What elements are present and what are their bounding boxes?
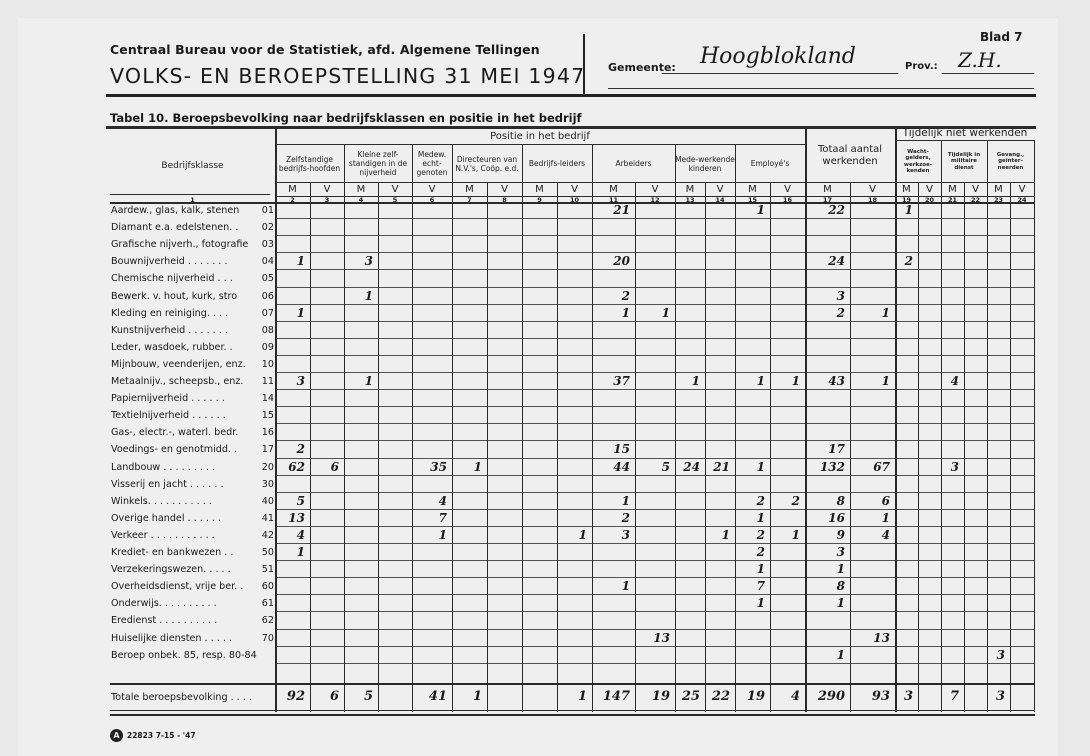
cell-value: 37 — [592, 374, 630, 388]
row-label: Voedings- en genotmidd. .17 — [111, 444, 274, 455]
row-label: Bewerk. v. hout, kurk, stro06 — [111, 291, 274, 302]
cell-value: 1 — [635, 306, 670, 320]
column-number: 21 — [941, 196, 964, 204]
row-code: 01 — [262, 205, 274, 216]
row-code: 20 — [262, 462, 274, 473]
province-underline — [942, 73, 1034, 74]
row-code: 07 — [262, 308, 274, 319]
gemeente-value: Hoogblokland — [700, 44, 856, 69]
row-rule — [275, 509, 1035, 510]
cell-value: 13 — [275, 511, 305, 525]
sex-column-header: V — [557, 183, 592, 196]
row-code: 41 — [262, 513, 274, 524]
cell-value: 6 — [850, 494, 890, 508]
cell-value: 8 — [805, 579, 845, 593]
cell-value: 1 — [557, 528, 587, 542]
row-label: Bouwnijverheid . . . . . . .04 — [111, 256, 274, 267]
cell-value: 1 — [592, 494, 630, 508]
cell-value: 4 — [412, 494, 447, 508]
column-group-header: Medew. echt-genoten — [412, 145, 452, 182]
total-row-label: Totale beroepsbevolking . . . . — [111, 692, 274, 703]
province-label: Prov.: — [905, 61, 938, 72]
total-cell-value: 19 — [735, 689, 765, 704]
column-rule — [964, 182, 965, 712]
total-cell-value: 3 — [895, 689, 913, 704]
row-label-text: Krediet- en bankwezen . . — [111, 547, 233, 558]
column-number: 10 — [557, 196, 592, 204]
column-group-header: Totaal aantal werkenden — [805, 128, 895, 184]
cell-value: 1 — [735, 203, 765, 217]
print-footer: A 22823 7-15 - '47 — [110, 729, 196, 742]
cell-value: 1 — [344, 289, 373, 303]
sex-column-header: M — [344, 183, 378, 196]
row-rule — [275, 372, 1035, 373]
cell-value: 1 — [275, 545, 305, 559]
row-rule — [275, 560, 1035, 561]
cell-value: 1 — [452, 460, 482, 474]
cell-value: 43 — [805, 374, 845, 388]
province-value: Z.H. — [958, 48, 1002, 72]
total-cell-value: 5 — [344, 689, 373, 704]
cell-value: 1 — [592, 306, 630, 320]
printer-logo-icon: A — [110, 729, 123, 742]
row-rule — [275, 475, 1035, 476]
row-label-text: Bewerk. v. hout, kurk, stro — [111, 291, 237, 302]
column-rule — [735, 144, 736, 712]
cell-value: 1 — [770, 374, 800, 388]
cell-value: 17 — [805, 442, 845, 456]
row-label-text: Papiernijverheid . . . . . . — [111, 393, 225, 404]
row-label: Textielnijverheid . . . . . .15 — [111, 410, 274, 421]
sex-column-header: M — [522, 183, 557, 196]
row-label-text: Winkels. . . . . . . . . . . — [111, 496, 212, 507]
cell-value: 8 — [805, 494, 845, 508]
row-rule — [275, 646, 1035, 647]
row-label: Beroep onbek. 85, resp. 80-84 — [111, 650, 274, 661]
cell-value: 3 — [275, 374, 305, 388]
column-number: 7 — [452, 196, 487, 204]
gemeente-underline — [662, 73, 898, 74]
row-label-text: Verkeer . . . . . . . . . . . — [111, 530, 215, 541]
form-title: VOLKS- EN BEROEPSTELLING 31 MEI 1947 — [110, 64, 585, 88]
cell-value: 15 — [592, 442, 630, 456]
column-group-header: Kleine zelf-standigen in de nijverheid — [344, 145, 412, 182]
cell-value: 35 — [412, 460, 447, 474]
total-cell-value: 7 — [941, 689, 959, 704]
row-label: Diamant e.a. edelstenen. .02 — [111, 222, 274, 233]
total-cell-value: 3 — [987, 689, 1005, 704]
row-label: Overheidsdienst, vrije ber. .60 — [111, 581, 274, 592]
row-label-text: Aardew., glas, kalk, stenen — [111, 205, 239, 216]
row-rule — [275, 440, 1035, 441]
cell-value: 21 — [592, 203, 630, 217]
row-label-text: Overheidsdienst, vrije ber. . — [111, 581, 243, 592]
column-number: 6 — [412, 196, 452, 204]
row-code: 61 — [262, 598, 274, 609]
column-rule — [918, 182, 919, 712]
sex-column-header: M — [675, 183, 705, 196]
cell-value: 22 — [805, 203, 845, 217]
cell-value: 1 — [735, 511, 765, 525]
cell-value: 4 — [850, 528, 890, 542]
row-code: 04 — [262, 256, 274, 267]
row-rule — [275, 577, 1035, 578]
row-label-text: Textielnijverheid . . . . . . — [111, 410, 226, 421]
row-code: 30 — [262, 479, 274, 490]
cell-value: 1 — [850, 374, 890, 388]
row-label: Leder, wasdoek, rubber. .09 — [111, 342, 274, 353]
row-label-text: Grafische nijverh., fotografie — [111, 239, 248, 250]
row-label-text: Chemische nijverheid . . . — [111, 273, 233, 284]
row-code: 51 — [262, 564, 274, 575]
row-rule — [275, 406, 1035, 407]
row-code: 40 — [262, 496, 274, 507]
total-cell-value: 19 — [635, 689, 670, 704]
cell-value: 1 — [592, 579, 630, 593]
row-rule — [275, 304, 1035, 305]
row-code: 15 — [262, 410, 274, 421]
row-label: Metaalnijv., scheepsb., enz.11 — [111, 376, 274, 387]
row-label: Kunstnijverheid . . . . . . .08 — [111, 325, 274, 336]
row-label-text: Leder, wasdoek, rubber. . — [111, 342, 233, 353]
header-thick-rule — [106, 94, 1036, 97]
row-label: Verzekeringswezen. . . . .51 — [111, 564, 274, 575]
sex-column-header: M — [452, 183, 487, 196]
column-number: 14 — [705, 196, 735, 204]
sex-column-header: M — [895, 183, 918, 196]
header-divider — [583, 34, 585, 96]
cell-value: 21 — [705, 460, 730, 474]
column-number: 4 — [344, 196, 378, 204]
sex-column-header: V — [378, 183, 412, 196]
total-cell-value: 93 — [850, 689, 890, 704]
cell-value: 9 — [805, 528, 845, 542]
row-rule — [275, 663, 1035, 664]
cell-value: 1 — [705, 528, 730, 542]
column-number: 20 — [918, 196, 941, 204]
positie-group-header: Positie in het bedrijf — [275, 129, 805, 144]
column-number: 22 — [964, 196, 987, 204]
row-code: 70 — [262, 633, 274, 644]
sex-column-header: V — [487, 183, 522, 196]
row-label-text: Diamant e.a. edelstenen. . — [111, 222, 238, 233]
cell-value: 1 — [735, 596, 765, 610]
column-rule — [487, 182, 488, 712]
column-rule — [378, 182, 379, 712]
sex-column-header: M — [592, 183, 635, 196]
sex-column-header: V — [850, 183, 895, 196]
sex-column-header: V — [1010, 183, 1034, 196]
cell-value: 2 — [592, 289, 630, 303]
row-code: 42 — [262, 530, 274, 541]
column-rule — [592, 144, 593, 712]
column-rule — [1034, 140, 1035, 712]
cell-value: 3 — [344, 254, 373, 268]
row-label: Kleding en reiniging. . . .07 — [111, 308, 274, 319]
row-label-text: Landbouw . . . . . . . . . — [111, 462, 215, 473]
cell-value: 3 — [592, 528, 630, 542]
column-number: 8 — [487, 196, 522, 204]
column-rule — [675, 144, 676, 712]
sex-column-header: V — [310, 183, 344, 196]
total-bottom-rule — [110, 714, 1035, 716]
row-code: 14 — [262, 393, 274, 404]
row-label-text: Visserij en jacht . . . . . . — [111, 479, 224, 490]
row-label-text: Kunstnijverheid . . . . . . . — [111, 325, 228, 336]
cell-value: 2 — [805, 306, 845, 320]
organization-name: Centraal Bureau voor de Statistiek, afd.… — [110, 42, 540, 57]
sex-column-header: V — [770, 183, 805, 196]
sex-column-header: M — [735, 183, 770, 196]
column-rule — [275, 126, 277, 712]
row-code: 08 — [262, 325, 274, 336]
column-number: 12 — [635, 196, 675, 204]
row-rule — [275, 594, 1035, 595]
column-group-header: Directeuren van N.V.'s, Coöp. e.d. — [452, 145, 522, 182]
total-cell-value: 1 — [557, 689, 587, 704]
row-code: 05 — [262, 273, 274, 284]
row-label: Gas-, electr.-, waterl. bedr.16 — [111, 427, 274, 438]
total-cell-value: 25 — [675, 689, 700, 704]
print-code: 22823 7-15 - '47 — [127, 731, 196, 740]
column-group-header: Employé's — [735, 145, 805, 182]
cell-value: 1 — [805, 596, 845, 610]
cell-value: 1 — [412, 528, 447, 542]
row-header: Bedrijfsklasse — [110, 140, 275, 192]
cell-value: 2 — [735, 528, 765, 542]
row-label-text: Kleding en reiniging. . . . — [111, 308, 228, 319]
row-label-text: Beroep onbek. 85, resp. 80-84 — [111, 650, 257, 661]
row-label-text: Gas-, electr.-, waterl. bedr. — [111, 427, 238, 438]
row-label: Papiernijverheid . . . . . .14 — [111, 393, 274, 404]
sex-column-header: M — [275, 183, 310, 196]
sex-column-header: V — [705, 183, 735, 196]
row-header-number: 1 — [110, 196, 275, 204]
column-rule — [310, 182, 311, 712]
total-cell-value: 147 — [592, 689, 630, 704]
sex-column-header: V — [964, 183, 987, 196]
cell-value: 1 — [770, 528, 800, 542]
row-rule — [275, 526, 1035, 527]
row-label-text: Huiselijke diensten . . . . . — [111, 633, 232, 644]
sex-column-header: V — [412, 183, 452, 196]
column-number: 24 — [1010, 196, 1034, 204]
cell-value: 6 — [310, 460, 339, 474]
column-group-header: Zelfstandige bedrijfs-hoofden — [275, 145, 344, 182]
row-label-text: Mijnbouw, veenderijen, enz. — [111, 359, 246, 370]
column-rule — [770, 182, 771, 712]
header-rule — [608, 88, 1034, 89]
total-cell-value: 1 — [452, 689, 482, 704]
row-label-text: Voedings- en genotmidd. . — [111, 444, 237, 455]
row-label: Landbouw . . . . . . . . .20 — [111, 462, 274, 473]
total-cell-value: 92 — [275, 689, 305, 704]
cell-value: 2 — [895, 254, 913, 268]
row-label-text: Verzekeringswezen. . . . . — [111, 564, 231, 575]
row-code: 11 — [262, 376, 274, 387]
cell-value: 4 — [275, 528, 305, 542]
row-rule — [275, 355, 1035, 356]
column-number: 2 — [275, 196, 310, 204]
total-cell-value: 22 — [705, 689, 730, 704]
cell-value: 3 — [805, 289, 845, 303]
cell-value: 3 — [805, 545, 845, 559]
row-rule — [275, 543, 1035, 544]
total-cell-value: 4 — [770, 689, 800, 704]
row-label: Mijnbouw, veenderijen, enz.10 — [111, 359, 274, 370]
row-code: 62 — [262, 615, 274, 626]
row-rule — [275, 218, 1035, 219]
cell-value: 2 — [770, 494, 800, 508]
column-rule — [557, 182, 558, 712]
cell-value: 62 — [275, 460, 305, 474]
column-rule — [344, 144, 345, 712]
sex-column-header: M — [987, 183, 1010, 196]
cell-value: 5 — [275, 494, 305, 508]
cell-value: 1 — [895, 203, 913, 217]
cell-value: 2 — [735, 545, 765, 559]
row-label: Overige handel . . . . . .41 — [111, 513, 274, 524]
row-code: 50 — [262, 547, 274, 558]
cell-value: 5 — [635, 460, 670, 474]
row-label: Grafische nijverh., fotografie03 — [111, 239, 274, 250]
cell-value: 1 — [735, 562, 765, 576]
column-number: 5 — [378, 196, 412, 204]
column-number: 18 — [850, 196, 895, 204]
row-rule — [275, 389, 1035, 390]
cell-value: 44 — [592, 460, 630, 474]
column-rule — [412, 144, 413, 712]
table-title: Tabel 10. Beroepsbevolking naar bedrijfs… — [110, 111, 582, 125]
row-code: 10 — [262, 359, 274, 370]
row-rule — [275, 423, 1035, 424]
cell-value: 24 — [805, 254, 845, 268]
cell-value: 1 — [275, 254, 305, 268]
cell-value: 1 — [850, 511, 890, 525]
row-rule — [275, 235, 1035, 236]
row-rule — [275, 252, 1035, 253]
cell-value: 1 — [275, 306, 305, 320]
tijdelijk-group-header: Tijdelijk niet werkenden — [895, 127, 1035, 140]
row-rule — [275, 492, 1035, 493]
cell-value: 1 — [344, 374, 373, 388]
row-label: Aardew., glas, kalk, stenen01 — [111, 205, 274, 216]
row-code: 17 — [262, 444, 274, 455]
sex-column-header: M — [941, 183, 964, 196]
row-code: 09 — [262, 342, 274, 353]
sex-column-header: V — [635, 183, 675, 196]
total-cell-value: 41 — [412, 689, 447, 704]
cell-value: 3 — [987, 648, 1005, 662]
cell-value: 67 — [850, 460, 890, 474]
row-label: Winkels. . . . . . . . . . .40 — [111, 496, 274, 507]
column-rule — [452, 144, 453, 712]
row-rule — [275, 458, 1035, 459]
row-label-text: Bouwnijverheid . . . . . . . — [111, 256, 228, 267]
row-rule — [275, 629, 1035, 630]
row-rule — [275, 611, 1035, 612]
row-label-text: Eredienst . . . . . . . . . . — [111, 615, 217, 626]
row-rule — [275, 287, 1035, 288]
cell-value: 2 — [592, 511, 630, 525]
cell-value: 1 — [735, 374, 765, 388]
column-group-header: Bedrijfs-leiders — [522, 145, 592, 182]
row-rule — [275, 321, 1035, 322]
cell-value: 4 — [941, 374, 959, 388]
cell-value: 1 — [735, 460, 765, 474]
column-rule — [941, 140, 942, 712]
cell-value: 13 — [635, 631, 670, 645]
column-number: 3 — [310, 196, 344, 204]
row-label: Visserij en jacht . . . . . .30 — [111, 479, 274, 490]
column-group-header: Mede-werkende kinderen — [675, 145, 735, 182]
sheet-number: Blad 7 — [980, 30, 1022, 44]
cell-value: 20 — [592, 254, 630, 268]
cell-value: 2 — [735, 494, 765, 508]
column-number: 23 — [987, 196, 1010, 204]
row-rule — [275, 269, 1035, 270]
row-label-text: Overige handel . . . . . . — [111, 513, 221, 524]
row-label: Krediet- en bankwezen . .50 — [111, 547, 274, 558]
column-rule — [705, 182, 706, 712]
row-label: Huiselijke diensten . . . . .70 — [111, 633, 274, 644]
row-code: 60 — [262, 581, 274, 592]
row-label: Onderwijs. . . . . . . . . .61 — [111, 598, 274, 609]
cell-value: 1 — [850, 306, 890, 320]
row-label: Chemische nijverheid . . .05 — [111, 273, 274, 284]
column-number: 16 — [770, 196, 805, 204]
row-code: 02 — [262, 222, 274, 233]
cell-value: 1 — [675, 374, 700, 388]
column-rule — [987, 140, 988, 712]
row-label: Eredienst . . . . . . . . . .62 — [111, 615, 274, 626]
row-label: Verkeer . . . . . . . . . . .42 — [111, 530, 274, 541]
sex-column-header: V — [918, 183, 941, 196]
rowlabel-rule — [110, 194, 270, 195]
column-group-header: Gevang., geïnter-neerden — [987, 141, 1034, 182]
cell-value: 24 — [675, 460, 700, 474]
sex-column-header: M — [805, 183, 850, 196]
column-group-header: Arbeiders — [592, 145, 675, 182]
row-rule — [275, 338, 1035, 339]
cell-value: 132 — [805, 460, 845, 474]
row-label-text: Onderwijs. . . . . . . . . . — [111, 598, 217, 609]
column-group-header: Tijdelijk in militaire dienst — [941, 141, 987, 182]
cell-value: 2 — [275, 442, 305, 456]
row-label-text: Metaalnijv., scheepsb., enz. — [111, 376, 243, 387]
column-number: 13 — [675, 196, 705, 204]
total-cell-value: 6 — [310, 689, 339, 704]
cell-value: 1 — [805, 648, 845, 662]
cell-value: 7 — [412, 511, 447, 525]
row-code: 16 — [262, 427, 274, 438]
column-rule — [1010, 182, 1011, 712]
row-code: 06 — [262, 291, 274, 302]
cell-value: 16 — [805, 511, 845, 525]
column-number: 9 — [522, 196, 557, 204]
cell-value: 1 — [805, 562, 845, 576]
total-cell-value: 290 — [805, 689, 845, 704]
cell-value: 3 — [941, 460, 959, 474]
row-code: 03 — [262, 239, 274, 250]
column-group-header: Wacht-gelders, werkzoe-kenden — [895, 141, 941, 182]
column-rule — [522, 144, 523, 712]
cell-value: 13 — [850, 631, 890, 645]
cell-value: 7 — [735, 579, 765, 593]
